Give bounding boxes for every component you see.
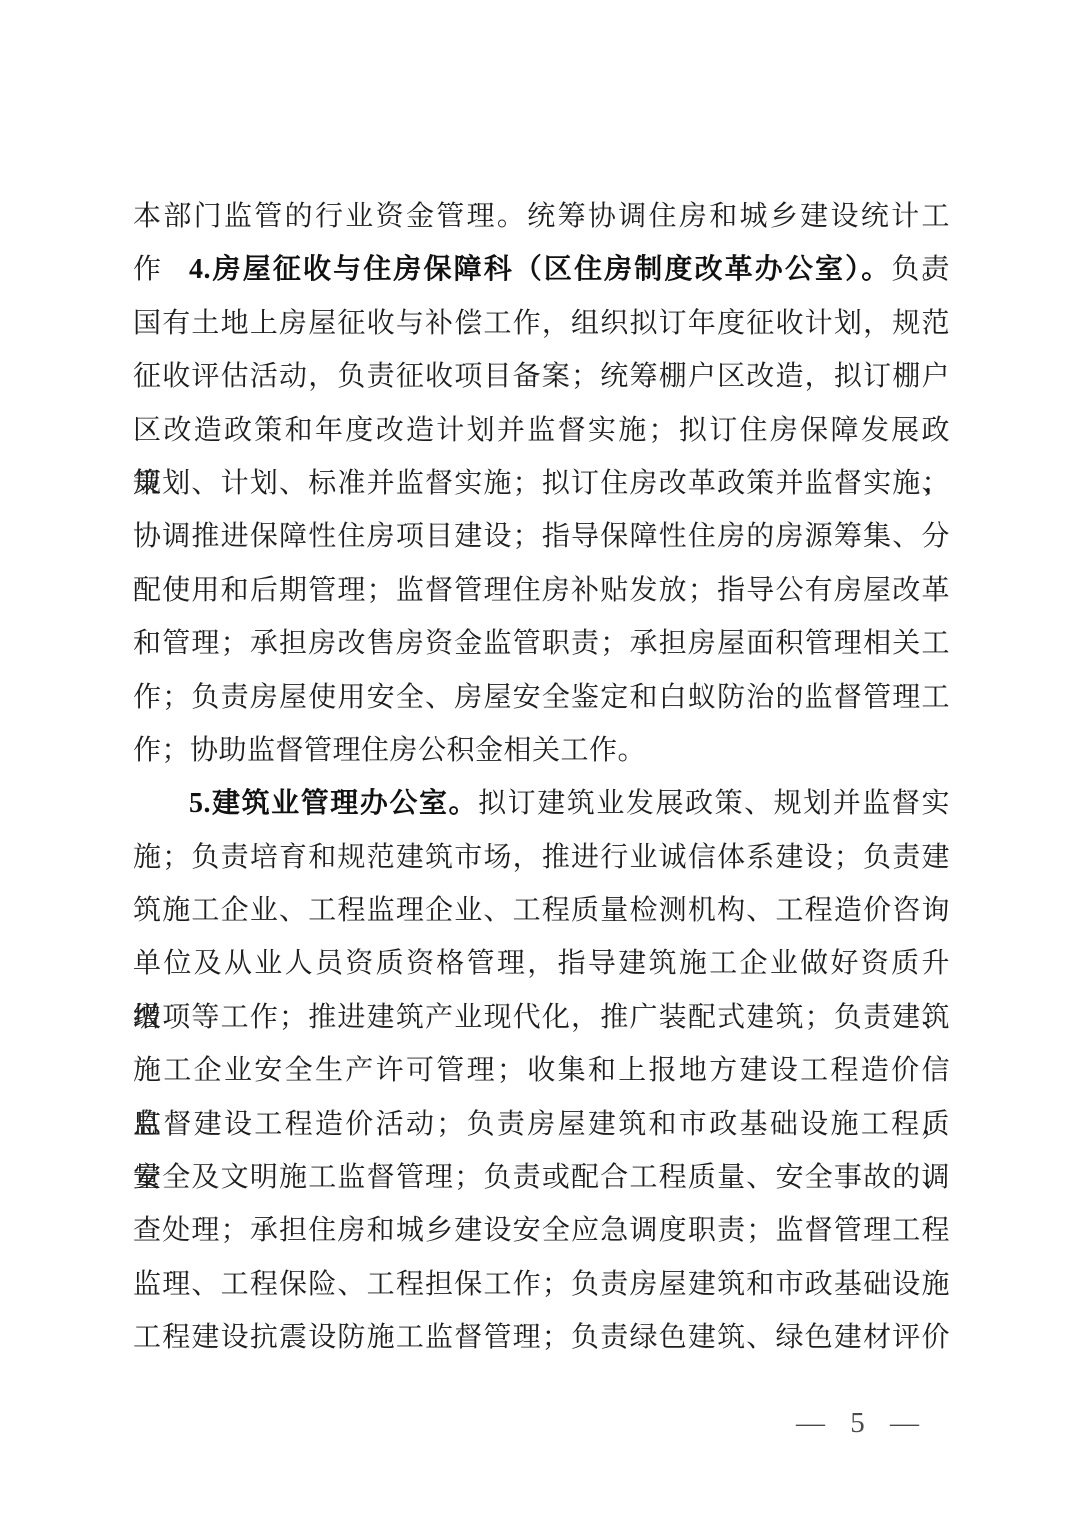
text-line: 征收评估活动，负责征收项目备案；统筹棚户区改造，拟订棚户 (133, 350, 950, 403)
body-text: 本部门监管的行业资金管理。统筹协调住房和城乡建设统计工作。4.房屋征收与住房保障… (133, 190, 950, 1365)
text-line: 查处理；承担住房和城乡建设安全应急调度职责；监督管理工程 (133, 1204, 950, 1257)
text-line: 本部门监管的行业资金管理。统筹协调住房和城乡建设统计工作。 (133, 190, 950, 243)
text-segment: 拟订建筑业发展政策、规划并监督实 (478, 788, 950, 819)
text-line: 4.房屋征收与住房保障科（区住房制度改革办公室）。负责 (133, 243, 950, 296)
text-line: 配使用和后期管理；监督管理住房补贴发放；指导公有房屋改革 (133, 564, 950, 617)
text-line: 监理、工程保险、工程担保工作；负责房屋建筑和市政基础设施 (133, 1258, 950, 1311)
text-segment: 协调推进保障性住房项目建设；指导保障性住房的房源筹集、分 (133, 521, 950, 552)
text-line: 增项等工作；推进建筑产业现代化，推广装配式建筑；负责建筑 (133, 991, 950, 1044)
text-line: 安全及文明施工监督管理；负责或配合工程质量、安全事故的调 (133, 1151, 950, 1204)
text-line: 施；负责培育和规范建筑市场，推进行业诚信体系建设；负责建 (133, 831, 950, 884)
text-segment: 监理、工程保险、工程担保工作；负责房屋建筑和市政基础设施 (133, 1269, 950, 1300)
text-segment: 查处理；承担住房和城乡建设安全应急调度职责；监督管理工程 (133, 1215, 950, 1246)
text-segment: 施；负责培育和规范建筑市场，推进行业诚信体系建设；负责建 (133, 842, 950, 873)
text-line: 单位及从业人员资质资格管理，指导建筑施工企业做好资质升级、 (133, 937, 950, 990)
section-heading-segment: 5.建筑业管理办公室。 (189, 788, 478, 819)
text-segment: 国有土地上房屋征收与补偿工作，组织拟订年度征收计划，规范 (133, 308, 950, 339)
text-line: 施工企业安全生产许可管理；收集和上报地方建设工程造价信息， (133, 1044, 950, 1097)
text-segment: 作；协助监督管理住房公积金相关工作。 (133, 735, 646, 766)
text-line: 区改造政策和年度改造计划并监督实施；拟订住房保障发展政策、 (133, 404, 950, 457)
text-line: 5.建筑业管理办公室。拟订建筑业发展政策、规划并监督实 (133, 777, 950, 830)
text-segment: 作；负责房屋使用安全、房屋安全鉴定和白蚁防治的监督管理工 (133, 682, 950, 713)
section-heading-segment: 4.房屋征收与住房保障科（区住房制度改革办公室）。 (189, 254, 891, 285)
text-segment: 工程建设抗震设防施工监督管理；负责绿色建筑、绿色建材评价 (133, 1322, 950, 1353)
page-number: — 5 — (796, 1405, 923, 1441)
text-segment: 筑施工企业、工程监理企业、工程质量检测机构、工程造价咨询 (133, 895, 950, 926)
text-line: 监督建设工程造价活动；负责房屋建筑和市政基础设施工程质量、 (133, 1098, 950, 1151)
text-line: 作；负责房屋使用安全、房屋安全鉴定和白蚁防治的监督管理工 (133, 671, 950, 724)
text-segment: 征收评估活动，负责征收项目备案；统筹棚户区改造，拟订棚户 (133, 361, 950, 392)
text-segment: 和管理；承担房改售房资金监管职责；承担房屋面积管理相关工 (133, 628, 950, 659)
text-segment: 规划、计划、标准并监督实施；拟订住房改革政策并监督实施； (133, 468, 950, 499)
text-line: 工程建设抗震设防施工监督管理；负责绿色建筑、绿色建材评价 (133, 1311, 950, 1364)
text-line: 筑施工企业、工程监理企业、工程质量检测机构、工程造价咨询 (133, 884, 950, 937)
text-line: 协调推进保障性住房项目建设；指导保障性住房的房源筹集、分 (133, 510, 950, 563)
text-segment: 安全及文明施工监督管理；负责或配合工程质量、安全事故的调 (133, 1162, 950, 1193)
text-segment: 负责 (891, 254, 950, 285)
text-line: 规划、计划、标准并监督实施；拟订住房改革政策并监督实施； (133, 457, 950, 510)
document-page: 本部门监管的行业资金管理。统筹协调住房和城乡建设统计工作。4.房屋征收与住房保障… (0, 0, 1075, 1520)
text-segment: 增项等工作；推进建筑产业现代化，推广装配式建筑；负责建筑 (133, 1002, 950, 1033)
text-line: 国有土地上房屋征收与补偿工作，组织拟订年度征收计划，规范 (133, 297, 950, 350)
text-segment: 配使用和后期管理；监督管理住房补贴发放；指导公有房屋改革 (133, 575, 950, 606)
text-line: 作；协助监督管理住房公积金相关工作。 (133, 724, 950, 777)
text-line: 和管理；承担房改售房资金监管职责；承担房屋面积管理相关工 (133, 617, 950, 670)
